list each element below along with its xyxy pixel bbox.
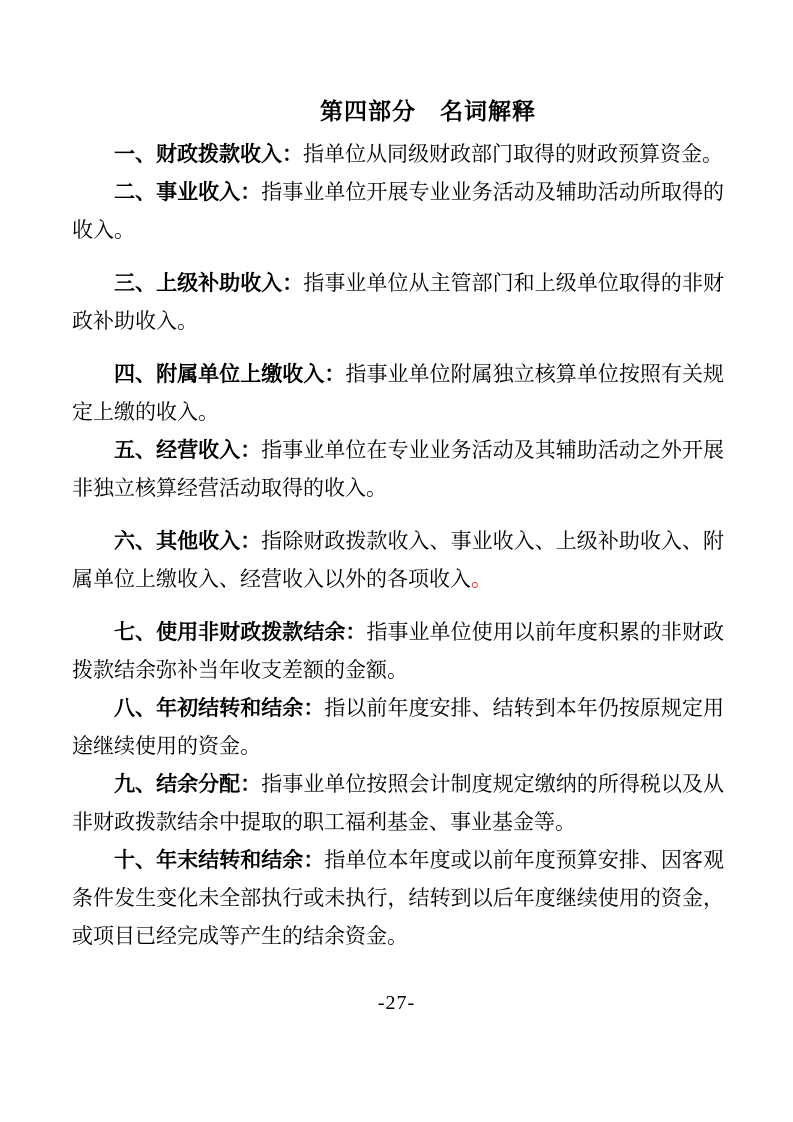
definition-paragraph-2: 二、事业收入：指事业单位开展专业业务活动及辅助活动所取得的收入。 (72, 173, 724, 249)
section-title: 第四部分 名词解释 (132, 92, 724, 130)
definition-paragraph-10: 十、年末结转和结余：指单位本年度或以前年度预算安排、因客观条件发生变化未全部执行… (72, 841, 724, 955)
definition-paragraph-9: 九、结余分配：指事业单位按照会计制度规定缴纳的所得税以及从非财政拨款结余中提取的… (72, 765, 724, 841)
term-definition-1: 指单位从同级财政部门取得的财政预算资金。 (303, 142, 723, 166)
page-content: 第四部分 名词解释 一、财政拨款收入：指单位从同级财政部门取得的财政预算资金。 … (72, 92, 724, 955)
term-label-5: 五、经营收入： (114, 438, 261, 462)
definition-paragraph-4: 四、附属单位上缴收入：指事业单位附属独立核算单位按照有关规定上缴的收入。 (72, 355, 724, 431)
term-label-10: 十、年末结转和结余： (114, 848, 324, 872)
term-label-2: 二、事业收入： (114, 180, 261, 204)
document-page: 第四部分 名词解释 一、财政拨款收入：指单位从同级财政部门取得的财政预算资金。 … (0, 0, 793, 1122)
term-label-1: 一、财政拨款收入： (114, 142, 303, 166)
red-period-mark: 。 (471, 567, 492, 591)
definition-paragraph-7: 七、使用非财政拨款结余：指事业单位使用以前年度积累的非财政拨款结余弥补当年收支差… (72, 613, 724, 689)
term-label-6: 六、其他收入： (114, 529, 261, 553)
term-label-3: 三、上级补助收入： (114, 271, 303, 295)
term-label-4: 四、附属单位上缴收入： (114, 362, 345, 386)
definition-paragraph-1: 一、财政拨款收入：指单位从同级财政部门取得的财政预算资金。 (72, 135, 724, 173)
page-number: -27- (0, 991, 793, 1015)
term-label-9: 九、结余分配： (114, 772, 261, 796)
definition-paragraph-8: 八、年初结转和结余：指以前年度安排、结转到本年仍按原规定用途继续使用的资金。 (72, 689, 724, 765)
term-label-8: 八、年初结转和结余： (114, 696, 324, 720)
definition-paragraph-6: 六、其他收入：指除财政拨款收入、事业收入、上级补助收入、附属单位上缴收入、经营收… (72, 522, 724, 598)
definition-paragraph-5: 五、经营收入：指事业单位在专业业务活动及其辅助活动之外开展非独立核算经营活动取得… (72, 431, 724, 507)
term-label-7: 七、使用非财政拨款结余： (114, 620, 366, 644)
definition-paragraph-3: 三、上级补助收入：指事业单位从主管部门和上级单位取得的非财政补助收入。 (72, 264, 724, 340)
